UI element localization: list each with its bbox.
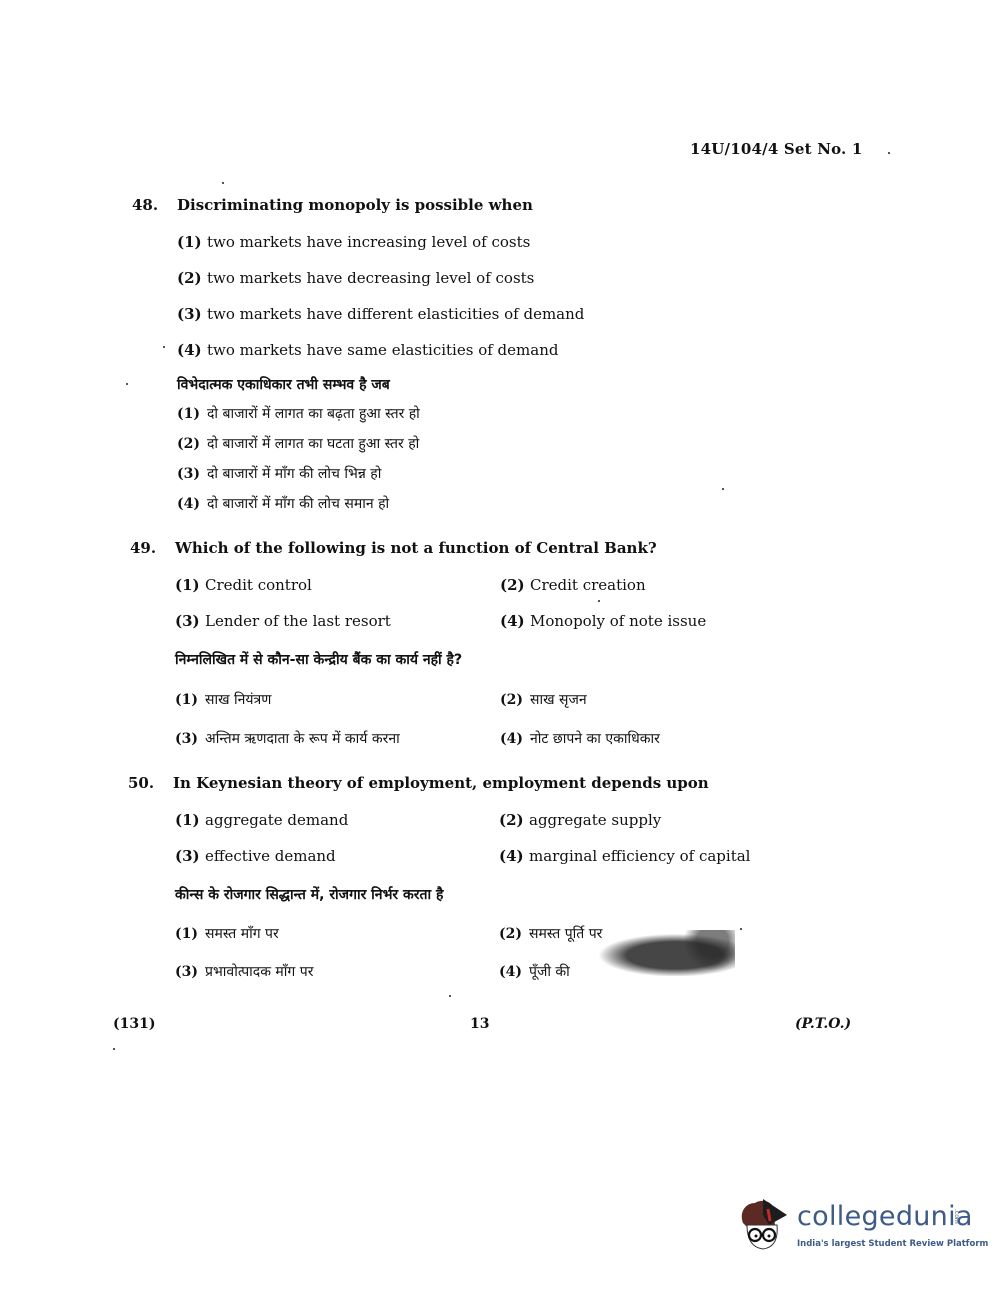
scan-speck bbox=[222, 182, 224, 184]
scan-smudge bbox=[585, 930, 735, 976]
option-text: two markets have different elasticities … bbox=[207, 305, 584, 323]
option-number: (4) bbox=[177, 341, 207, 359]
option-text: अन्तिम ऋणदाता के रूप में कार्य करना bbox=[205, 731, 400, 747]
option-hi: (3)प्रभावोत्पादक माँग पर bbox=[175, 962, 313, 981]
option-number: (2) bbox=[499, 811, 529, 829]
option-en: (2)two markets have decreasing level of … bbox=[177, 269, 534, 287]
question-text-hi: निम्नलिखित में से कौन-सा केन्द्रीय बैंक … bbox=[175, 650, 462, 669]
option-text: दो बाजारों में माँग की लोच समान हो bbox=[207, 496, 389, 512]
option-number: (1) bbox=[175, 576, 205, 594]
scan-speck bbox=[449, 995, 451, 997]
page-number: 13 bbox=[470, 1016, 489, 1032]
option-en: (2)aggregate supply bbox=[499, 811, 661, 829]
option-en: (3)Lender of the last resort bbox=[175, 612, 391, 630]
collegedunia-logo: collegedunia .com India's largest Studen… bbox=[735, 1195, 965, 1260]
option-hi: (2)साख सृजन bbox=[500, 690, 587, 709]
option-number: (2) bbox=[499, 926, 529, 942]
brand-name: collegedunia bbox=[797, 1201, 973, 1232]
scan-speck bbox=[163, 346, 165, 348]
option-text: Credit control bbox=[205, 576, 312, 594]
option-text: two markets have same elasticities of de… bbox=[207, 341, 558, 359]
option-en: (4)marginal efficiency of capital bbox=[499, 847, 750, 865]
question-text-en: Discriminating monopoly is possible when bbox=[177, 196, 533, 214]
brand-domain-suffix: .com bbox=[953, 1209, 960, 1224]
option-en: (3)two markets have different elasticiti… bbox=[177, 305, 584, 323]
option-text: Credit creation bbox=[530, 576, 646, 594]
option-text: marginal efficiency of capital bbox=[529, 847, 750, 865]
option-number: (1) bbox=[175, 926, 205, 942]
option-hi: (2)दो बाजारों में लागत का घटता हुआ स्तर … bbox=[177, 434, 419, 453]
option-en: (1)aggregate demand bbox=[175, 811, 348, 829]
option-number: (1) bbox=[175, 692, 205, 708]
option-number: (3) bbox=[175, 847, 205, 865]
option-text: two markets have decreasing level of cos… bbox=[207, 269, 534, 287]
scan-speck bbox=[598, 600, 600, 602]
option-text: Lender of the last resort bbox=[205, 612, 391, 630]
option-hi: (1)समस्त माँग पर bbox=[175, 924, 279, 943]
option-text: नोट छापने का एकाधिकार bbox=[530, 731, 660, 747]
option-text: effective demand bbox=[205, 847, 336, 865]
option-number: (2) bbox=[177, 269, 207, 287]
question-text-hi: कीन्स के रोजगार सिद्धान्त में, रोजगार नि… bbox=[175, 885, 443, 904]
question-text-en: Which of the following is not a function… bbox=[175, 539, 657, 557]
question-text-en: In Keynesian theory of employment, emplo… bbox=[173, 774, 709, 792]
option-hi: (1)साख नियंत्रण bbox=[175, 690, 271, 709]
option-number: (2) bbox=[500, 576, 530, 594]
option-en: (4)two markets have same elasticities of… bbox=[177, 341, 558, 359]
option-number: (4) bbox=[500, 612, 530, 630]
option-text: two markets have increasing level of cos… bbox=[207, 233, 530, 251]
option-number: (3) bbox=[177, 305, 207, 323]
question-number: 49. bbox=[130, 539, 156, 557]
option-number: (1) bbox=[177, 233, 207, 251]
option-en: (1)Credit control bbox=[175, 576, 312, 594]
option-en: (2)Credit creation bbox=[500, 576, 646, 594]
option-number: (2) bbox=[177, 436, 207, 452]
option-text: पूँजी की bbox=[529, 964, 570, 980]
option-text: समस्त माँग पर bbox=[205, 926, 279, 942]
option-number: (4) bbox=[499, 847, 529, 865]
brand-tagline: India's largest Student Review Platform bbox=[797, 1239, 988, 1249]
option-number: (1) bbox=[175, 811, 205, 829]
option-number: (3) bbox=[175, 731, 205, 747]
option-hi: (4)दो बाजारों में माँग की लोच समान हो bbox=[177, 494, 389, 513]
question-text-hi: विभेदात्मक एकाधिकार तभी सम्भव है जब bbox=[177, 375, 390, 394]
option-hi: (3)अन्तिम ऋणदाता के रूप में कार्य करना bbox=[175, 729, 400, 748]
paper-serial: (131) bbox=[113, 1016, 155, 1032]
scan-speck bbox=[740, 928, 742, 930]
scan-speck bbox=[126, 383, 128, 385]
option-number: (1) bbox=[177, 406, 207, 422]
option-text: प्रभावोत्पादक माँग पर bbox=[205, 964, 313, 980]
scan-speck bbox=[888, 152, 890, 154]
option-number: (4) bbox=[500, 731, 530, 747]
option-number: (4) bbox=[177, 496, 207, 512]
option-number: (4) bbox=[499, 964, 529, 980]
option-text: साख सृजन bbox=[530, 692, 587, 708]
option-en: (3)effective demand bbox=[175, 847, 336, 865]
question-number: 48. bbox=[132, 196, 158, 214]
scan-speck bbox=[113, 1048, 115, 1050]
option-number: (3) bbox=[175, 964, 205, 980]
option-text: Monopoly of note issue bbox=[530, 612, 706, 630]
mascot-icon bbox=[735, 1195, 795, 1257]
pto-label: (P.T.O.) bbox=[795, 1016, 851, 1032]
option-text: aggregate supply bbox=[529, 811, 661, 829]
option-text: दो बाजारों में माँग की लोच भिन्न हो bbox=[207, 466, 381, 482]
scan-speck bbox=[722, 488, 724, 490]
option-number: (3) bbox=[177, 466, 207, 482]
option-text: साख नियंत्रण bbox=[205, 692, 271, 708]
option-en: (4)Monopoly of note issue bbox=[500, 612, 706, 630]
option-hi: (4)नोट छापने का एकाधिकार bbox=[500, 729, 660, 748]
paper-code: 14U/104/4 Set No. 1 bbox=[690, 140, 863, 158]
option-number: (3) bbox=[175, 612, 205, 630]
option-text: दो बाजारों में लागत का बढ़ता हुआ स्तर हो bbox=[207, 406, 420, 422]
question-number: 50. bbox=[128, 774, 154, 792]
option-hi: (4)पूँजी की bbox=[499, 962, 570, 981]
option-en: (1)two markets have increasing level of … bbox=[177, 233, 530, 251]
option-text: aggregate demand bbox=[205, 811, 348, 829]
option-text: दो बाजारों में लागत का घटता हुआ स्तर हो bbox=[207, 436, 419, 452]
option-hi: (3)दो बाजारों में माँग की लोच भिन्न हो bbox=[177, 464, 381, 483]
option-hi: (1)दो बाजारों में लागत का बढ़ता हुआ स्तर… bbox=[177, 404, 420, 423]
option-number: (2) bbox=[500, 692, 530, 708]
